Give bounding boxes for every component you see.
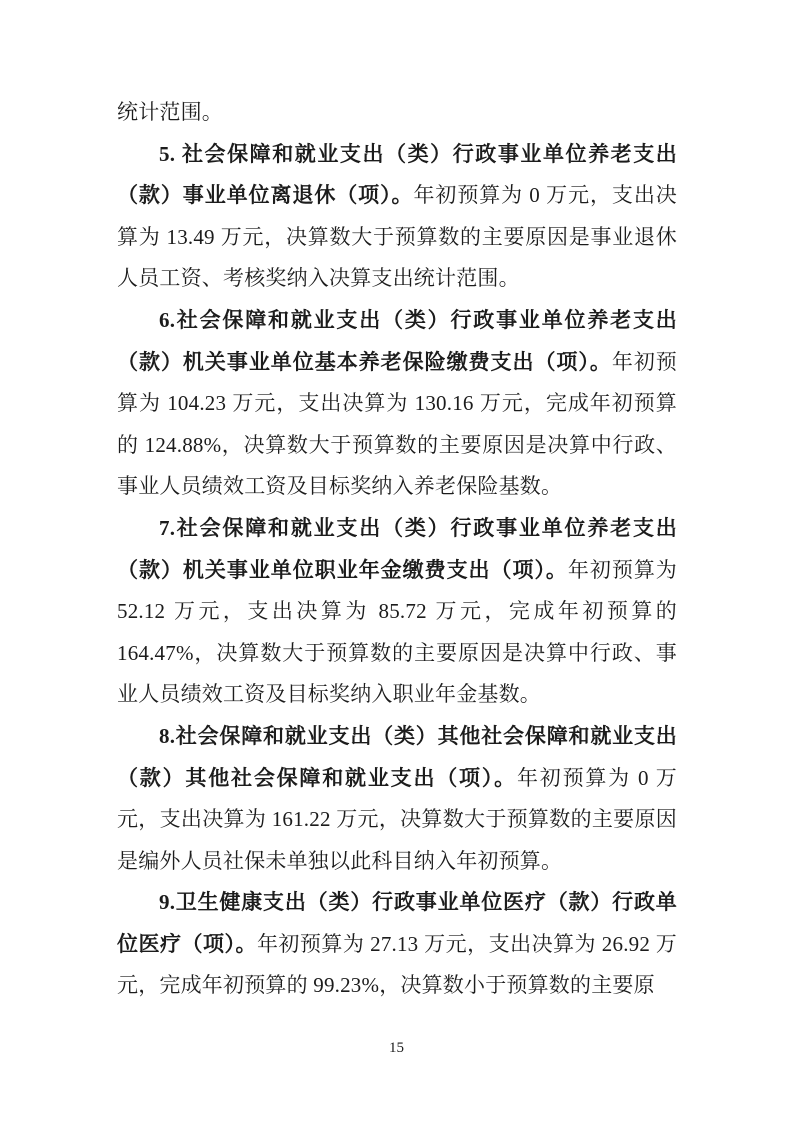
- paragraph-item-7: 7.社会保障和就业支出（类）行政事业单位养老支出（款）机关事业单位职业年金缴费支…: [117, 508, 677, 716]
- paragraph-item-6: 6.社会保障和就业支出（类）行政事业单位养老支出（款）机关事业单位基本养老保险缴…: [117, 300, 677, 508]
- paragraph-item-8: 8.社会保障和就业支出（类）其他社会保障和就业支出（款）其他社会保障和就业支出（…: [117, 716, 677, 882]
- paragraph-continuation: 统计范围。: [117, 92, 677, 134]
- paragraph-heading: 6.社会保障和就业支出（类）行政事业单位养老支出（款）机关事业单位基本养老保险缴…: [117, 308, 677, 374]
- paragraph-text: 统计范围。: [117, 100, 223, 124]
- document-body: 统计范围。 5. 社会保障和就业支出（类）行政事业单位养老支出（款）事业单位离退…: [117, 92, 677, 1007]
- page-number: 15: [0, 1038, 793, 1058]
- paragraph-item-5: 5. 社会保障和就业支出（类）行政事业单位养老支出（款）事业单位离退休（项）。年…: [117, 134, 677, 300]
- paragraph-item-9: 9.卫生健康支出（类）行政事业单位医疗（款）行政单位医疗（项）。年初预算为 27…: [117, 882, 677, 1007]
- document-page: 统计范围。 5. 社会保障和就业支出（类）行政事业单位养老支出（款）事业单位离退…: [0, 0, 793, 1122]
